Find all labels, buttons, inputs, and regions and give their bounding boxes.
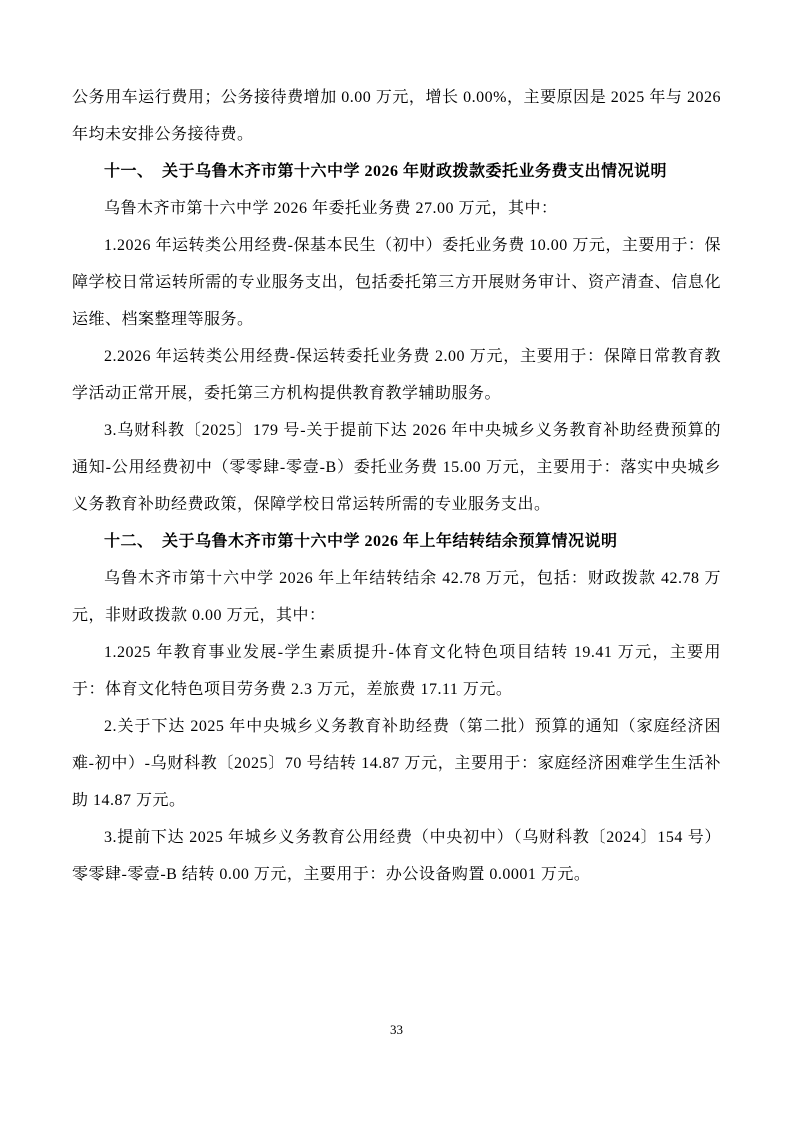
paragraph-entrusted-item-1: 1.2026 年运转类公用经费-保基本民生（初中）委托业务费 10.00 万元，… [72,227,721,338]
paragraph-carryover-item-2: 2.关于下达 2025 年中央城乡义务教育补助经费（第二批）预算的通知（家庭经济… [72,708,721,819]
document-body: 公务用车运行费用；公务接待费增加 0.00 万元，增长 0.00%，主要原因是 … [72,79,721,893]
paragraph-entrusted-business-total: 乌鲁木齐市第十六中学 2026 年委托业务费 27.00 万元，其中： [72,190,721,227]
paragraph-official-reception-continuation: 公务用车运行费用；公务接待费增加 0.00 万元，增长 0.00%，主要原因是 … [72,79,721,153]
paragraph-carryover-item-1: 1.2025 年教育事业发展-学生素质提升-体育文化特色项目结转 19.41 万… [72,634,721,708]
page-number: 33 [0,1022,793,1038]
section-heading-11: 十一、 关于乌鲁木齐市第十六中学 2026 年财政拨款委托业务费支出情况说明 [72,153,721,190]
paragraph-carryover-total: 乌鲁木齐市第十六中学 2026 年上年结转结余 42.78 万元，包括：财政拨款… [72,560,721,634]
paragraph-carryover-item-3: 3.提前下达 2025 年城乡义务教育公用经费（中央初中）（乌财科教〔2024〕… [72,819,721,893]
document-page: 公务用车运行费用；公务接待费增加 0.00 万元，增长 0.00%，主要原因是 … [0,0,793,1122]
paragraph-entrusted-item-3: 3.乌财科教〔2025〕179 号-关于提前下达 2026 年中央城乡义务教育补… [72,412,721,523]
section-heading-12: 十二、 关于乌鲁木齐市第十六中学 2026 年上年结转结余预算情况说明 [72,523,721,560]
paragraph-entrusted-item-2: 2.2026 年运转类公用经费-保运转委托业务费 2.00 万元，主要用于：保障… [72,338,721,412]
